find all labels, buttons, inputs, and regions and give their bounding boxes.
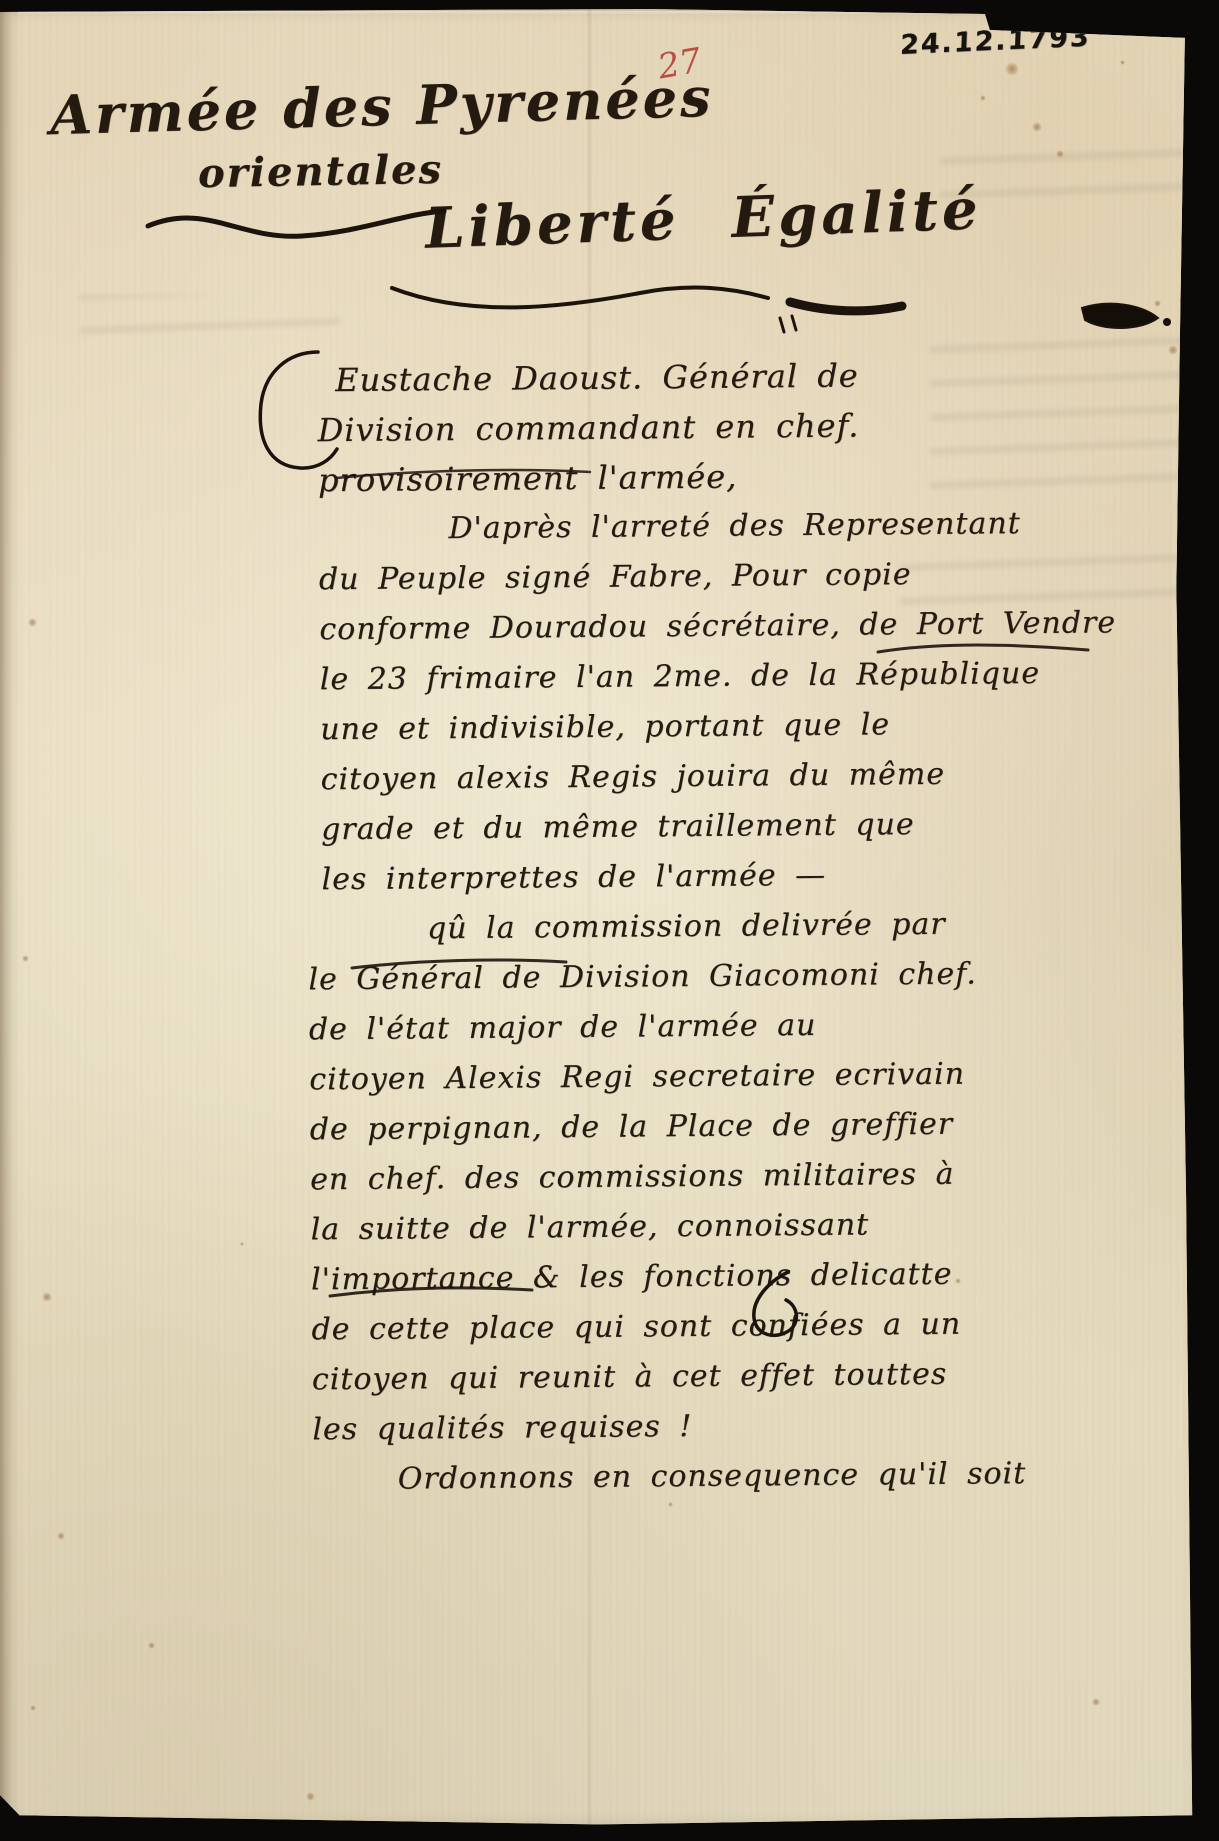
manuscript-line: le Général de Division Giacomoni chef. xyxy=(308,949,1062,1006)
stain-spot xyxy=(1092,1698,1100,1706)
manuscript-line: Ordonnons en consequence qu'il soit xyxy=(313,1449,1067,1506)
motto-gap xyxy=(680,237,732,239)
manuscript-line: en chef. des commissions militaires à xyxy=(310,1149,1064,1206)
stain-spot xyxy=(668,1502,673,1507)
manuscript-line: de l'état major de l'armée au xyxy=(309,999,1063,1056)
stain-spot xyxy=(57,1532,65,1540)
manuscript-line: l'importance & les fonctions delicatte xyxy=(311,1249,1065,1306)
date-stamp: 24.12.1793 xyxy=(899,22,1080,61)
manuscript-line: Eustache Daoust. Général de xyxy=(317,349,1057,405)
stain-spot xyxy=(1032,122,1042,132)
manuscript-line: du Peuple signé Fabre, Pour copie xyxy=(319,549,1059,605)
verso-showthrough xyxy=(80,295,340,345)
manuscript-line: de cette place qui sont confiées a un xyxy=(311,1299,1065,1356)
manuscript-line: Division commandant en chef. xyxy=(317,399,1057,455)
motto: LibertéÉgalité xyxy=(424,176,983,261)
manuscript-body: Eustache Daoust. Général de Division com… xyxy=(317,349,1067,1505)
manuscript-line: D'après l'arreté des Representant xyxy=(318,499,1058,555)
stain-spot xyxy=(148,1642,155,1649)
manuscript-line: citoyen qui reunit à cet effet touttes xyxy=(312,1349,1066,1406)
stain-spot xyxy=(30,1705,36,1711)
stain-spot xyxy=(240,1242,244,1246)
stain-spot xyxy=(28,618,37,627)
stain-spot xyxy=(1005,62,1019,76)
stain-spot xyxy=(1056,150,1064,158)
stain-spot xyxy=(1154,300,1161,307)
stain-spot xyxy=(42,1292,52,1302)
army-header-line2: orientales xyxy=(198,146,444,197)
manuscript-line: citoyen alexis Regis jouira du même xyxy=(320,749,1060,805)
manuscript-line: conforme Douradou sécrétaire, de Port Ve… xyxy=(319,599,1059,655)
motto-liberte: Liberté xyxy=(424,187,681,262)
manuscript-line: une et indivisible, portant que le xyxy=(320,699,1060,755)
manuscript-line: le 23 frimaire l'an 2me. de la Républiqu… xyxy=(320,649,1060,705)
stain-spot xyxy=(955,1278,961,1284)
stain-spot xyxy=(1186,392,1198,404)
stain-spot xyxy=(1120,60,1125,65)
stain-spot xyxy=(22,955,29,962)
stain-spot xyxy=(980,95,986,101)
army-header-line1: Armée des Pyrenées xyxy=(49,65,714,148)
manuscript-line: les interprettes de l'armée — xyxy=(321,849,1061,905)
motto-egalite: Égalité xyxy=(730,176,982,251)
stain-spot xyxy=(306,1792,315,1801)
scan-edge-highlight xyxy=(18,11,969,15)
manuscript-line: de perpignan, de la Place de greffier xyxy=(310,1099,1064,1156)
manuscript-line: provisoirement l'armée, xyxy=(318,449,1058,505)
manuscript-line: les qualités requises ! xyxy=(312,1399,1066,1456)
manuscript-line: la suitte de l'armée, connoissant xyxy=(310,1199,1064,1256)
stain-spot xyxy=(1178,560,1184,566)
manuscript-line: grade et du même traillement que xyxy=(321,799,1061,855)
manuscript-page: 24.12.1793 27 Armée des Pyrenées orienta… xyxy=(0,0,1219,1841)
stain-spot xyxy=(1168,345,1178,355)
manuscript-line: citoyen Alexis Regi secretaire ecrivain xyxy=(309,1049,1063,1106)
manuscript-line: qû la commission delivrée par xyxy=(322,899,1062,955)
